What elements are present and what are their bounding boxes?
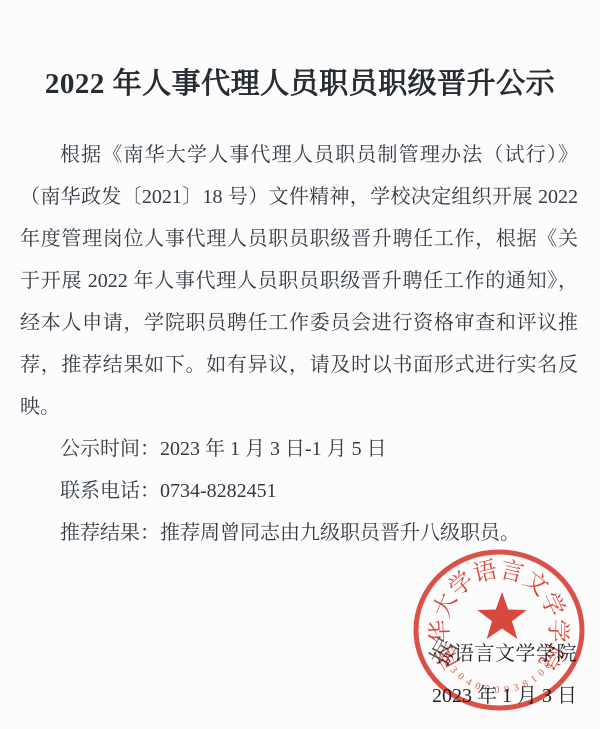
body-paragraph: 根据《南华大学人事代理人员职员制管理办法（试行）》（南华政发〔2021〕18 号… — [20, 134, 578, 428]
document-title: 2022 年人事代理人员职员职级晋升公示 — [0, 61, 600, 102]
signature-department: 语言文学学院 — [454, 637, 577, 666]
signature-date: 2023 年 1 月 3 日 — [432, 679, 577, 708]
info-line-recommendation-result: 推荐结果：推荐周曾同志由九级职员晋升八级职员。 — [20, 512, 578, 554]
star-icon — [477, 592, 526, 639]
document-body: 根据《南华大学人事代理人员职员制管理办法（试行）》（南华政发〔2021〕18 号… — [20, 134, 578, 554]
info-line-contact-phone: 联系电话：0734-8282451 — [20, 470, 578, 512]
document-page: 2022 年人事代理人员职员职级晋升公示 根据《南华大学人事代理人员职员制管理办… — [0, 0, 600, 729]
info-line-publicity-period: 公示时间：2023 年 1 月 3 日-1 月 5 日 — [20, 428, 578, 470]
